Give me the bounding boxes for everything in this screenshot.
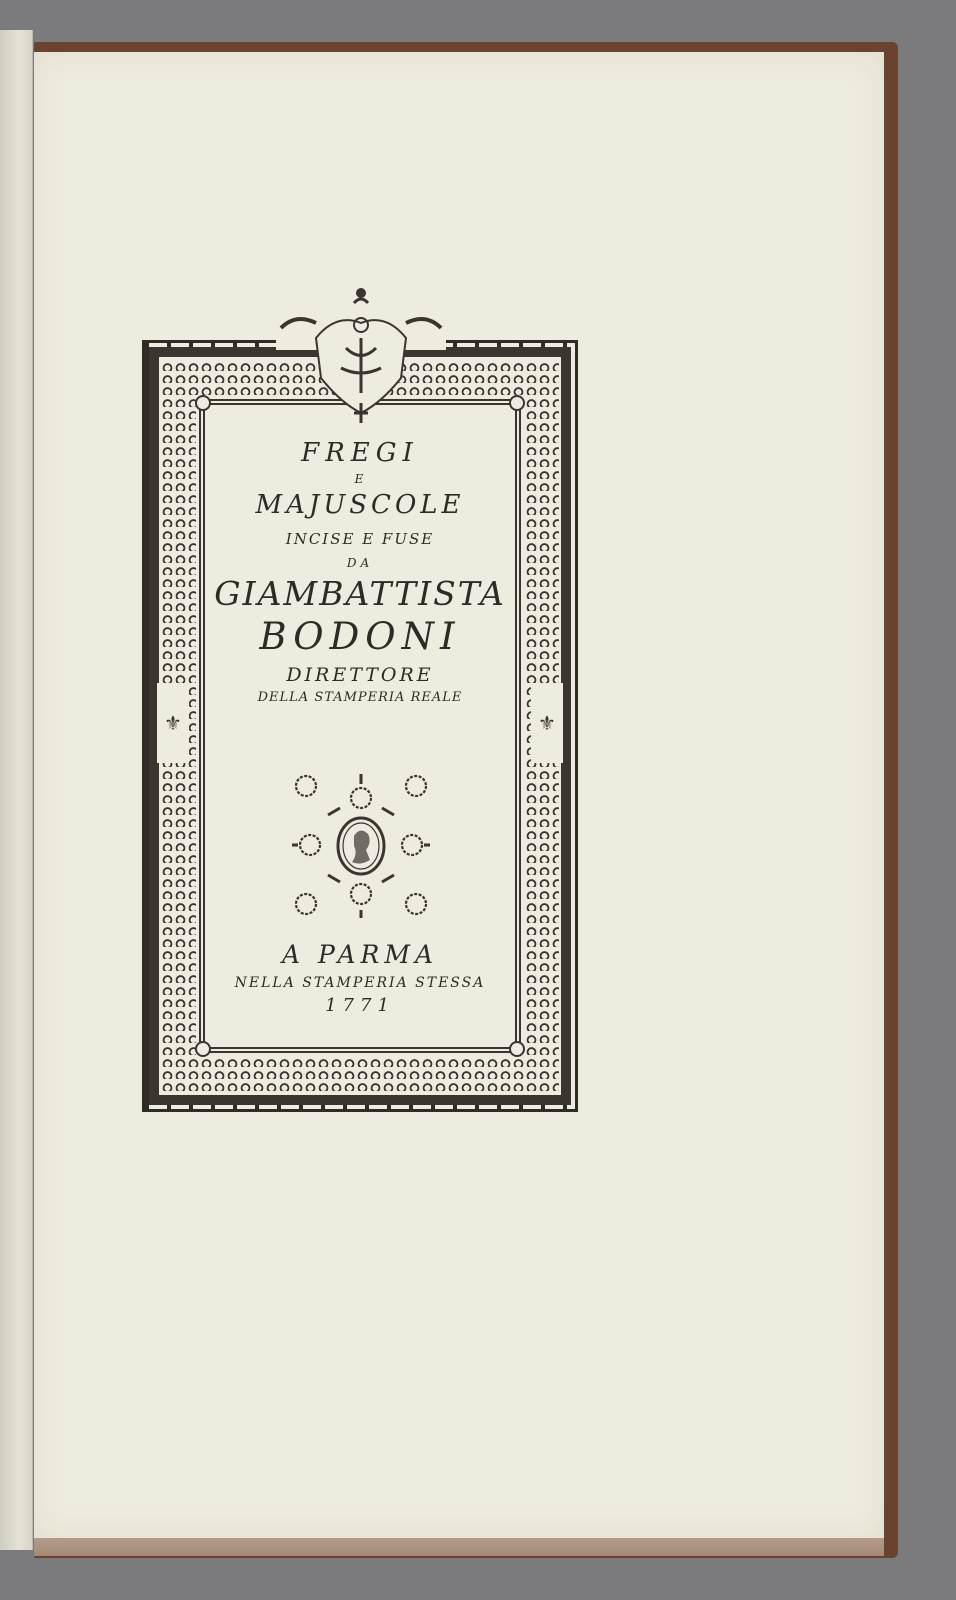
title-line-da: DA (210, 556, 510, 570)
title-line-incise: INCISE E FUSE (210, 530, 510, 548)
cameo-medallion-icon (288, 770, 434, 920)
imprint-year: 1771 (210, 995, 510, 1016)
side-fleuron-right-icon: ⚜ (531, 683, 563, 763)
corner-rosette-icon (509, 395, 525, 411)
imprint-place: A PARMA (210, 940, 510, 969)
title-line-majuscole: MAJUSCOLE (210, 490, 510, 520)
page-bottom-edge (34, 1538, 884, 1556)
author-role-detail: DELLA STAMPERIA REALE (210, 690, 510, 705)
title-line-fregi: FREGI (210, 438, 510, 468)
author-last-name: BODONI (210, 615, 510, 658)
side-fleuron-left-icon: ⚜ (157, 683, 189, 763)
imprint-printer: NELLA STAMPERIA STESSA (210, 975, 510, 991)
author-first-name: GIAMBATTISTA (196, 574, 524, 613)
title-block: FREGI E MAJUSCOLE INCISE E FUSE DA GIAMB… (210, 436, 510, 705)
facing-page-edge (0, 30, 33, 1550)
crest-ornament-icon (276, 283, 446, 428)
imprint-block: A PARMA NELLA STAMPERIA STESSA 1771 (210, 940, 510, 1016)
corner-rosette-icon (195, 395, 211, 411)
title-line-e: E (210, 472, 510, 486)
corner-rosette-icon (195, 1041, 211, 1057)
author-role: DIRETTORE (210, 664, 510, 686)
corner-rosette-icon (509, 1041, 525, 1057)
